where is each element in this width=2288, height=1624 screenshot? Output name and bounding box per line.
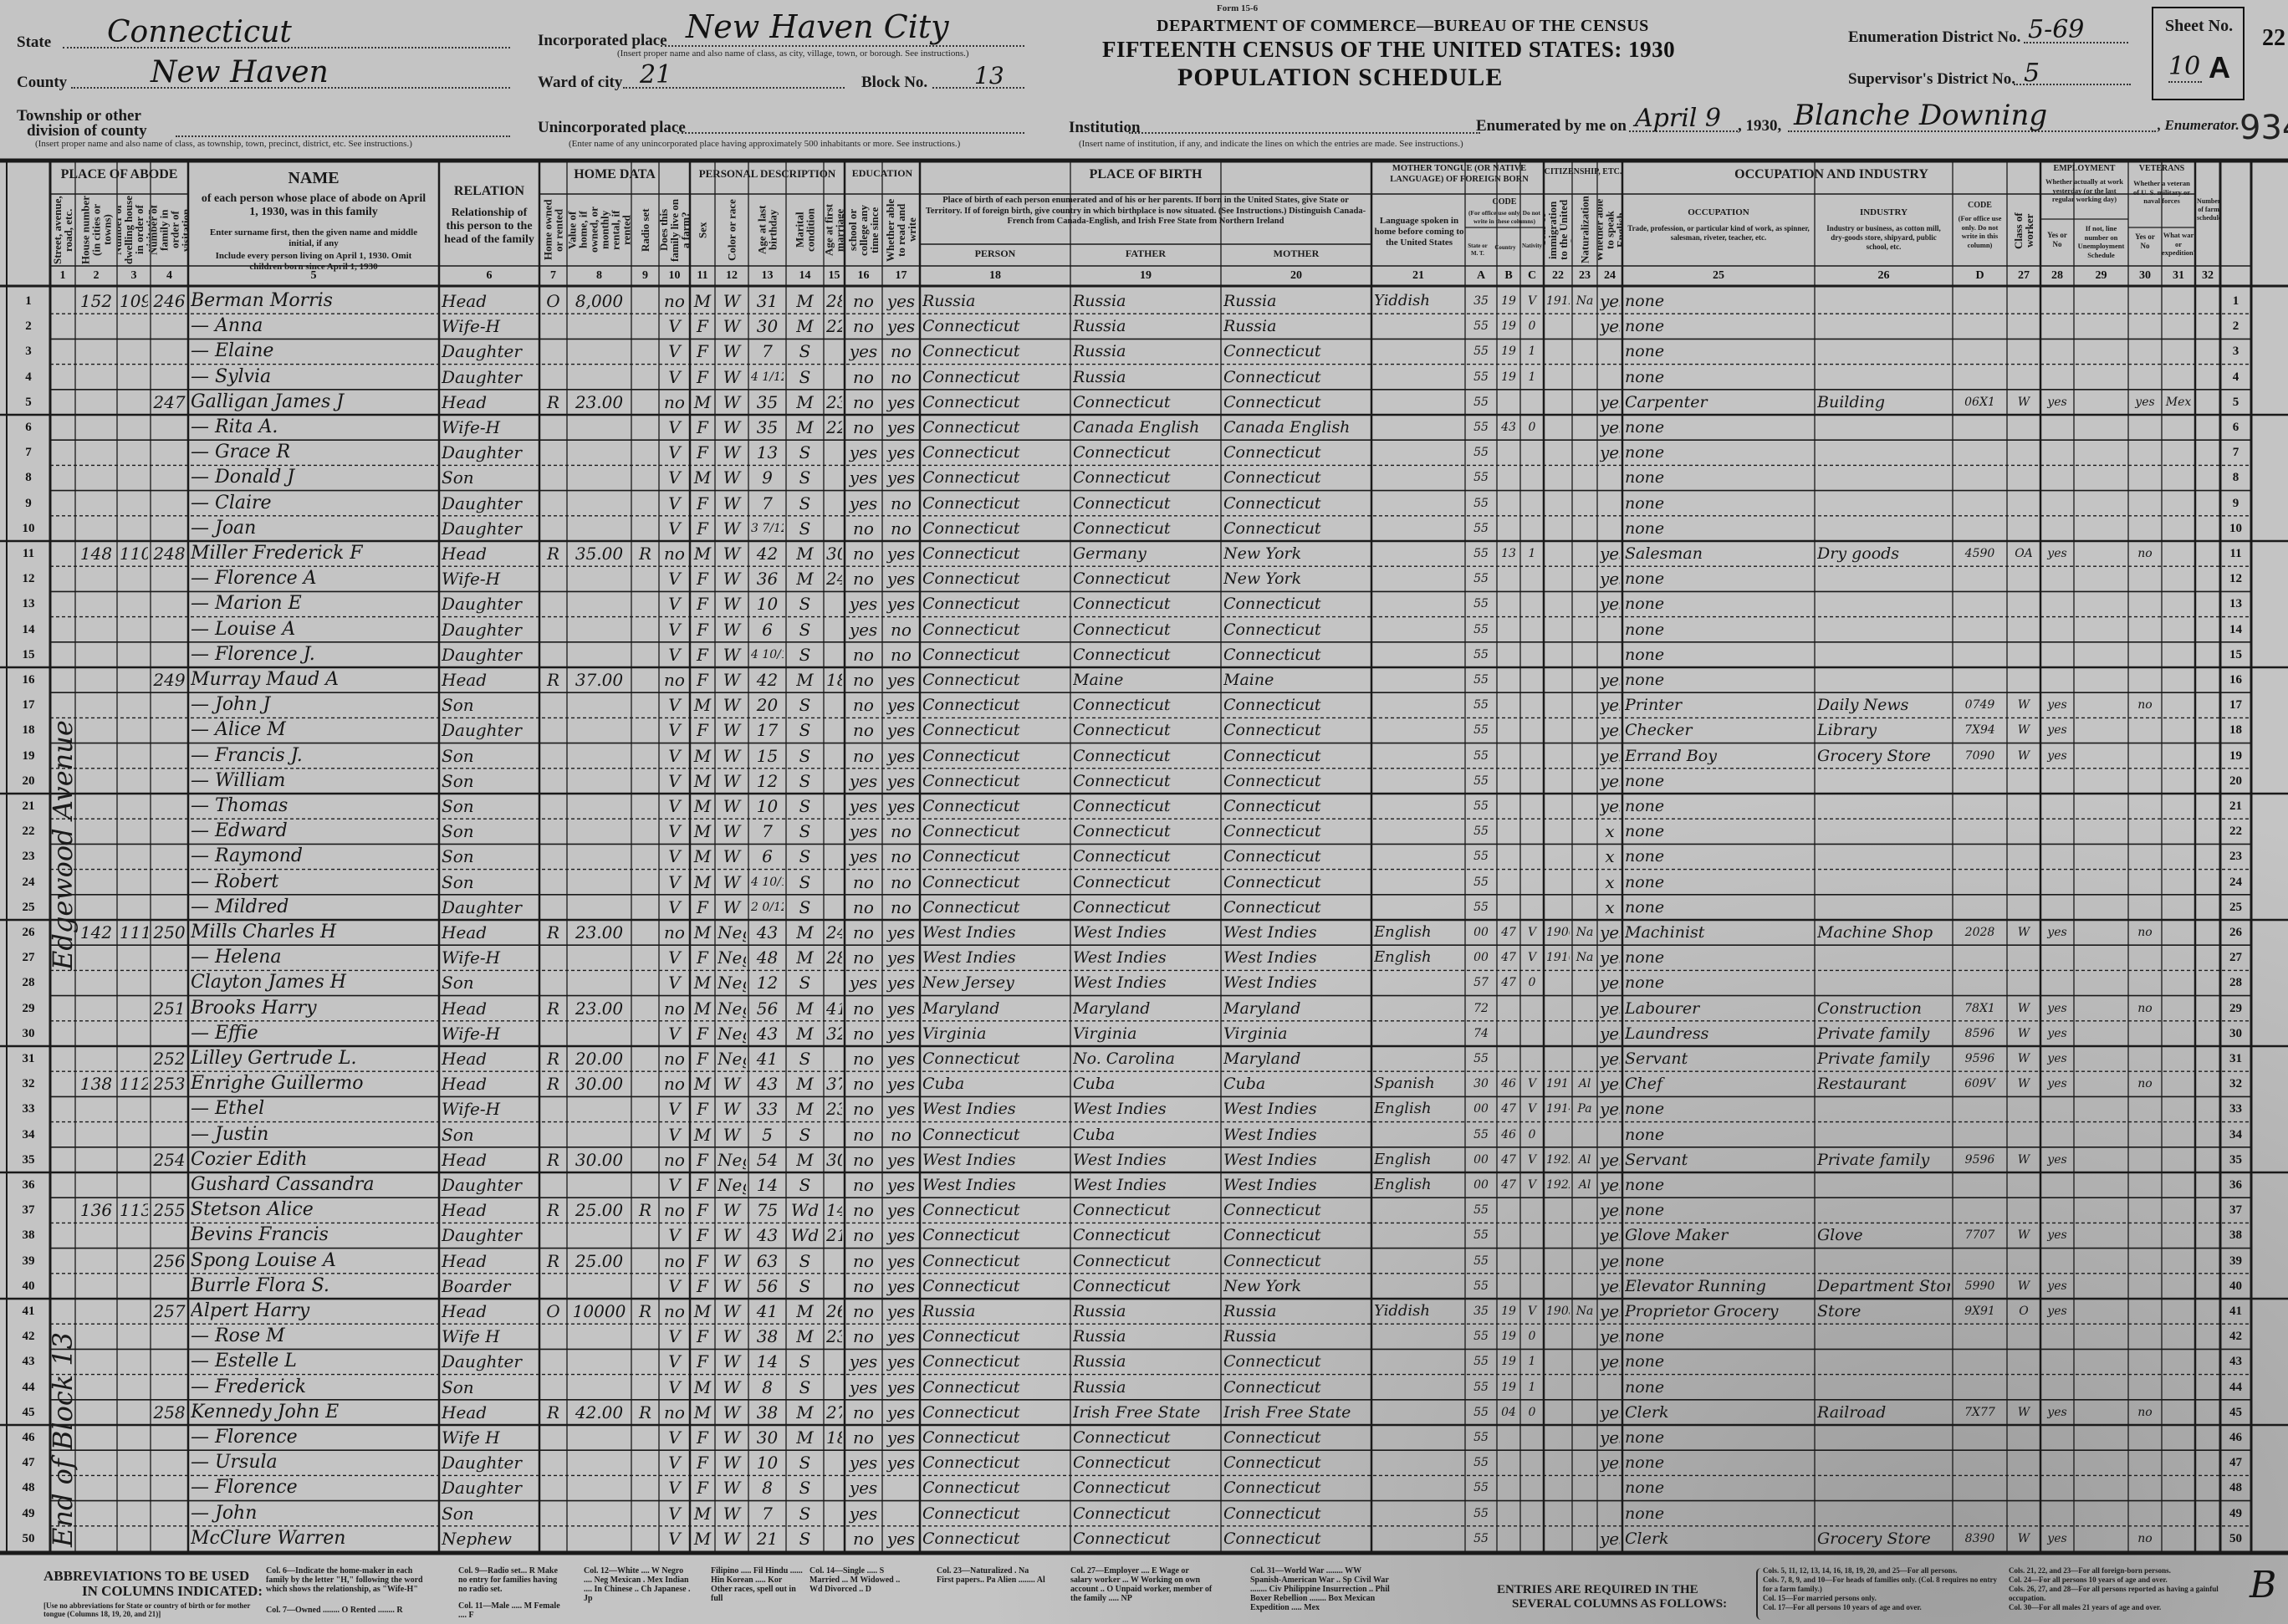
cell-vet[interactable] (2131, 794, 2159, 819)
cell-sex[interactable]: M (692, 819, 712, 844)
cell-a[interactable]: 55 (1468, 819, 1494, 844)
cell-vet[interactable] (2131, 970, 2159, 995)
cell-occ[interactable]: none (1625, 794, 1812, 819)
cell-sex[interactable]: F (692, 718, 712, 743)
cell-nat[interactable] (1575, 970, 1595, 995)
cell-name[interactable]: Berman Morris (191, 289, 437, 314)
cell-b[interactable]: 04 (1499, 1400, 1518, 1425)
cell-value[interactable] (569, 440, 629, 465)
cell-pob-m[interactable]: Irish Free State (1223, 1400, 1369, 1425)
cell-owned[interactable]: O (542, 1299, 564, 1324)
cell-imm[interactable] (1546, 970, 1570, 995)
cell-b[interactable] (1499, 642, 1518, 667)
cell-radio[interactable] (634, 390, 656, 415)
cell-ind[interactable] (1817, 870, 1950, 895)
cell-cls[interactable] (2010, 339, 2038, 364)
cell-vet[interactable] (2131, 642, 2159, 667)
cell-race[interactable]: W (718, 769, 746, 794)
cell-war[interactable] (2164, 1526, 2193, 1551)
cell-cls[interactable]: W (2010, 1274, 2038, 1299)
cell-tongue[interactable] (1374, 1501, 1463, 1526)
cell-race[interactable]: W (718, 617, 746, 642)
cell-c[interactable] (1523, 1274, 1541, 1299)
cell-occ[interactable]: none (1625, 769, 1812, 794)
cell-dwelling[interactable] (120, 1501, 148, 1526)
cell-pob-m[interactable]: Virginia (1223, 1021, 1369, 1046)
cell-pob[interactable]: Connecticut (922, 415, 1068, 440)
cell-race[interactable]: W (718, 844, 746, 869)
cell-vet[interactable] (2131, 769, 2159, 794)
cell-vet[interactable] (2131, 895, 2159, 920)
cell-race[interactable]: W (718, 1274, 746, 1299)
cell-pob[interactable]: Connecticut (922, 314, 1068, 339)
cell-school[interactable]: no (847, 415, 880, 440)
cell-school[interactable]: no (847, 566, 880, 591)
cell-eng[interactable]: x (1600, 844, 1620, 869)
cell-family[interactable] (153, 516, 186, 541)
cell-code[interactable] (1955, 314, 2005, 339)
cell-read[interactable]: yes (885, 692, 917, 718)
cell-marital[interactable]: S (789, 591, 821, 616)
cell-unemp[interactable] (2076, 365, 2126, 390)
cell-b[interactable] (1499, 1501, 1518, 1526)
cell-house[interactable] (78, 1299, 115, 1324)
cell-occ[interactable]: Labourer (1625, 996, 1812, 1021)
cell-a[interactable]: 55 (1468, 794, 1494, 819)
cell-eng[interactable]: yes (1600, 1172, 1620, 1198)
cell-unemp[interactable] (2076, 718, 2126, 743)
cell-pob-f[interactable]: Russia (1073, 314, 1218, 339)
cell-sex[interactable]: F (692, 1172, 712, 1198)
cell-war[interactable] (2164, 769, 2193, 794)
cell-farm[interactable]: no (661, 1147, 687, 1172)
cell-farm[interactable]: no (661, 1400, 687, 1425)
cell-work[interactable] (2043, 566, 2071, 591)
cell-c[interactable] (1523, 1046, 1541, 1071)
cell-b[interactable] (1499, 1274, 1518, 1299)
cell-occ[interactable]: none (1625, 1096, 1812, 1121)
cell-school[interactable]: no (847, 1046, 880, 1071)
cell-sex[interactable]: M (692, 692, 712, 718)
cell-nat[interactable] (1575, 769, 1595, 794)
cell-pob-f[interactable]: Russia (1073, 339, 1218, 364)
cell-family[interactable] (153, 1526, 186, 1551)
cell-farm[interactable]: V (661, 844, 687, 869)
cell-school[interactable]: no (847, 870, 880, 895)
cell-school[interactable]: no (847, 1122, 880, 1147)
cell-family[interactable] (153, 617, 186, 642)
cell-ind[interactable] (1817, 1349, 1950, 1374)
cell-imm[interactable]: 1905 (1546, 1299, 1570, 1324)
cell-farm[interactable]: no (661, 1249, 687, 1274)
cell-c[interactable]: 1 (1523, 365, 1541, 390)
cell-b[interactable] (1499, 743, 1518, 769)
cell-name[interactable]: — Rose M (191, 1324, 437, 1349)
cell-value[interactable]: 37.00 (569, 667, 629, 692)
cell-a[interactable]: 55 (1468, 743, 1494, 769)
cell-marital[interactable]: S (789, 1375, 821, 1400)
cell-name[interactable]: Clayton James H (191, 970, 437, 995)
cell-farm[interactable]: V (661, 491, 687, 516)
cell-sex[interactable]: M (692, 465, 712, 490)
cell-nat[interactable] (1575, 1249, 1595, 1274)
cell-b[interactable] (1499, 996, 1518, 1021)
cell-vet[interactable] (2131, 1223, 2159, 1248)
cell-pob[interactable]: Connecticut (922, 1450, 1068, 1475)
cell-eng[interactable]: yes (1600, 1096, 1620, 1121)
cell-house[interactable] (78, 1122, 115, 1147)
cell-a[interactable]: 55 (1468, 566, 1494, 591)
cell-eng[interactable] (1600, 1501, 1620, 1526)
cell-school[interactable]: yes (847, 440, 880, 465)
cell-pob[interactable]: Russia (922, 1299, 1068, 1324)
cell-ind[interactable] (1817, 1425, 1950, 1450)
cell-unemp[interactable] (2076, 1400, 2126, 1425)
cell-marital[interactable]: M (789, 1021, 821, 1046)
cell-imm[interactable] (1546, 541, 1570, 566)
cell-cls[interactable]: W (2010, 1021, 2038, 1046)
cell-ind[interactable] (1817, 289, 1950, 314)
cell-family[interactable] (153, 1475, 186, 1500)
cell-a[interactable]: 55 (1468, 1046, 1494, 1071)
cell-read[interactable]: yes (885, 1274, 917, 1299)
cell-read[interactable]: yes (885, 1400, 917, 1425)
cell-radio[interactable] (634, 1274, 656, 1299)
cell-school[interactable]: yes (847, 794, 880, 819)
cell-occ[interactable]: none (1625, 339, 1812, 364)
cell-cls[interactable] (2010, 667, 2038, 692)
cell-pob-m[interactable]: Maine (1223, 667, 1369, 692)
cell-value[interactable] (569, 1425, 629, 1450)
cell-pob-f[interactable]: Connecticut (1073, 1223, 1218, 1248)
cell-tongue[interactable] (1374, 1198, 1463, 1223)
cell-code[interactable]: 5990 (1955, 1274, 2005, 1299)
cell-farm[interactable]: V (661, 1375, 687, 1400)
cell-owned[interactable] (542, 314, 564, 339)
cell-dwelling[interactable] (120, 1122, 148, 1147)
cell-farm[interactable]: V (661, 591, 687, 616)
cell-eng[interactable]: yes (1600, 692, 1620, 718)
cell-tongue[interactable] (1374, 1122, 1463, 1147)
cell-c[interactable] (1523, 591, 1541, 616)
cell-war[interactable] (2164, 718, 2193, 743)
cell-value[interactable] (569, 1324, 629, 1349)
cell-a[interactable]: 00 (1468, 1096, 1494, 1121)
cell-occ[interactable]: none (1625, 1249, 1812, 1274)
cell-nat[interactable] (1575, 1501, 1595, 1526)
cell-eng[interactable]: yes (1600, 314, 1620, 339)
cell-war[interactable] (2164, 1249, 2193, 1274)
cell-b[interactable]: 19 (1499, 289, 1518, 314)
cell-war[interactable] (2164, 920, 2193, 945)
cell-imm[interactable] (1546, 1249, 1570, 1274)
cell-unemp[interactable] (2076, 591, 2126, 616)
cell-value[interactable] (569, 769, 629, 794)
cell-marital[interactable]: S (789, 1501, 821, 1526)
cell-cls[interactable] (2010, 365, 2038, 390)
cell-cls[interactable]: W (2010, 1071, 2038, 1096)
cell-c[interactable] (1523, 819, 1541, 844)
cell-imm[interactable] (1546, 314, 1570, 339)
cell-relation[interactable]: Daughter (442, 491, 537, 516)
cell-radio[interactable]: R (634, 541, 656, 566)
cell-radio[interactable] (634, 566, 656, 591)
cell-b[interactable] (1499, 1526, 1518, 1551)
cell-family[interactable] (153, 1349, 186, 1374)
cell-c[interactable] (1523, 1501, 1541, 1526)
cell-owned[interactable] (542, 1526, 564, 1551)
cell-pob-m[interactable]: Connecticut (1223, 794, 1369, 819)
cell-pob-f[interactable]: Cuba (1073, 1122, 1218, 1147)
cell-a[interactable]: 55 (1468, 1400, 1494, 1425)
cell-b[interactable] (1499, 667, 1518, 692)
cell-nat[interactable] (1575, 844, 1595, 869)
cell-pob[interactable]: Connecticut (922, 743, 1068, 769)
cell-nat[interactable] (1575, 465, 1595, 490)
cell-pob-m[interactable]: Connecticut (1223, 1349, 1369, 1374)
cell-pob-f[interactable]: Cuba (1073, 1071, 1218, 1096)
cell-age[interactable]: 31 (751, 289, 784, 314)
cell-sex[interactable]: F (692, 1249, 712, 1274)
cell-pob[interactable]: Connecticut (922, 1198, 1068, 1223)
cell-sex[interactable]: F (692, 591, 712, 616)
cell-value[interactable] (569, 1450, 629, 1475)
cell-age-marr[interactable] (826, 794, 842, 819)
cell-pob[interactable]: Connecticut (922, 591, 1068, 616)
cell-marital[interactable]: M (789, 314, 821, 339)
cell-tongue[interactable] (1374, 1223, 1463, 1248)
cell-marital[interactable]: M (789, 1299, 821, 1324)
cell-work[interactable] (2043, 895, 2071, 920)
cell-unemp[interactable] (2076, 1071, 2126, 1096)
cell-value[interactable] (569, 591, 629, 616)
cell-pob[interactable]: Maryland (922, 996, 1068, 1021)
cell-occ[interactable]: none (1625, 642, 1812, 667)
cell-sex[interactable]: F (692, 1349, 712, 1374)
cell-vet[interactable] (2131, 1324, 2159, 1349)
cell-c[interactable] (1523, 844, 1541, 869)
cell-code[interactable] (1955, 794, 2005, 819)
cell-age[interactable]: 20 (751, 692, 784, 718)
cell-tongue[interactable] (1374, 870, 1463, 895)
cell-cls[interactable] (2010, 970, 2038, 995)
cell-family[interactable]: 257 (153, 1299, 186, 1324)
cell-a[interactable]: 55 (1468, 1450, 1494, 1475)
cell-race[interactable]: W (718, 794, 746, 819)
cell-war[interactable] (2164, 895, 2193, 920)
cell-school[interactable]: yes (847, 1450, 880, 1475)
cell-code[interactable] (1955, 1249, 2005, 1274)
cell-eng[interactable]: yes (1600, 1450, 1620, 1475)
cell-age-marr[interactable] (826, 1274, 842, 1299)
cell-school[interactable]: no (847, 1198, 880, 1223)
cell-b[interactable]: 19 (1499, 1324, 1518, 1349)
cell-radio[interactable] (634, 365, 656, 390)
cell-age[interactable]: 7 (751, 1501, 784, 1526)
cell-b[interactable] (1499, 844, 1518, 869)
cell-unemp[interactable] (2076, 1147, 2126, 1172)
cell-a[interactable]: 55 (1468, 465, 1494, 490)
cell-imm[interactable] (1546, 718, 1570, 743)
cell-code[interactable] (1955, 970, 2005, 995)
cell-b[interactable] (1499, 1223, 1518, 1248)
cell-age[interactable]: 3 7/12 (751, 516, 784, 541)
cell-family[interactable]: 250 (153, 920, 186, 945)
cell-a[interactable]: 55 (1468, 844, 1494, 869)
cell-owned[interactable]: R (542, 390, 564, 415)
cell-name[interactable]: Galligan James J (191, 390, 437, 415)
cell-b[interactable] (1499, 516, 1518, 541)
cell-eng[interactable] (1600, 1375, 1620, 1400)
cell-family[interactable] (153, 970, 186, 995)
cell-pob-f[interactable]: Connecticut (1073, 591, 1218, 616)
cell-pob-m[interactable]: Connecticut (1223, 1198, 1369, 1223)
cell-unemp[interactable] (2076, 339, 2126, 364)
cell-occ[interactable]: none (1625, 314, 1812, 339)
cell-pob-f[interactable]: Virginia (1073, 1021, 1218, 1046)
cell-school[interactable]: yes (847, 1375, 880, 1400)
cell-a[interactable]: 55 (1468, 1425, 1494, 1450)
cell-relation[interactable]: Nephew (442, 1526, 537, 1551)
cell-eng[interactable]: yes (1600, 415, 1620, 440)
cell-eng[interactable]: yes (1600, 1147, 1620, 1172)
cell-cls[interactable] (2010, 491, 2038, 516)
cell-family[interactable] (153, 794, 186, 819)
cell-pob[interactable]: Connecticut (922, 1324, 1068, 1349)
cell-tongue[interactable]: English (1374, 1172, 1463, 1198)
cell-occ[interactable]: Glove Maker (1625, 1223, 1812, 1248)
cell-race[interactable]: W (718, 692, 746, 718)
cell-work[interactable] (2043, 667, 2071, 692)
cell-name[interactable]: — Donald J (191, 465, 437, 490)
cell-eng[interactable]: yes (1600, 541, 1620, 566)
cell-cls[interactable] (2010, 566, 2038, 591)
cell-owned[interactable] (542, 566, 564, 591)
cell-name[interactable]: — Frederick (191, 1375, 437, 1400)
cell-pob-f[interactable]: Russia (1073, 289, 1218, 314)
cell-dwelling[interactable] (120, 1147, 148, 1172)
cell-read[interactable]: yes (885, 1172, 917, 1198)
cell-radio[interactable] (634, 415, 656, 440)
cell-age[interactable]: 63 (751, 1249, 784, 1274)
cell-sex[interactable]: F (692, 1450, 712, 1475)
cell-race[interactable]: W (718, 541, 746, 566)
cell-eng[interactable]: yes (1600, 1046, 1620, 1071)
cell-vet[interactable] (2131, 1021, 2159, 1046)
cell-house[interactable] (78, 794, 115, 819)
cell-marital[interactable]: M (789, 667, 821, 692)
cell-nat[interactable] (1575, 1122, 1595, 1147)
cell-pob[interactable]: Connecticut (922, 794, 1068, 819)
cell-nat[interactable] (1575, 314, 1595, 339)
cell-dwelling[interactable] (120, 440, 148, 465)
cell-age-marr[interactable] (826, 1249, 842, 1274)
cell-sex[interactable]: M (692, 289, 712, 314)
cell-work[interactable]: yes (2043, 1147, 2071, 1172)
cell-a[interactable]: 55 (1468, 365, 1494, 390)
cell-pob-f[interactable]: Connecticut (1073, 491, 1218, 516)
cell-b[interactable]: 47 (1499, 1096, 1518, 1121)
cell-vet[interactable]: no (2131, 1400, 2159, 1425)
cell-house[interactable] (78, 1526, 115, 1551)
cell-school[interactable]: yes (847, 769, 880, 794)
cell-school[interactable]: yes (847, 1475, 880, 1500)
cell-sex[interactable]: F (692, 617, 712, 642)
cell-a[interactable]: 55 (1468, 895, 1494, 920)
cell-vet[interactable] (2131, 440, 2159, 465)
cell-read[interactable]: no (885, 365, 917, 390)
cell-occ[interactable]: none (1625, 465, 1812, 490)
cell-a[interactable]: 55 (1468, 769, 1494, 794)
cell-code[interactable] (1955, 591, 2005, 616)
cell-code[interactable]: 0749 (1955, 692, 2005, 718)
cell-eng[interactable]: yes (1600, 1349, 1620, 1374)
cell-war[interactable] (2164, 516, 2193, 541)
cell-house[interactable] (78, 1400, 115, 1425)
cell-a[interactable]: 57 (1468, 970, 1494, 995)
cell-relation[interactable]: Head (442, 920, 537, 945)
cell-work[interactable] (2043, 1172, 2071, 1198)
cell-radio[interactable] (634, 970, 656, 995)
cell-work[interactable] (2043, 516, 2071, 541)
cell-eng[interactable]: yes (1600, 591, 1620, 616)
cell-name[interactable]: Spong Louise A (191, 1249, 437, 1274)
cell-work[interactable] (2043, 1475, 2071, 1500)
cell-nat[interactable]: Pa (1575, 1096, 1595, 1121)
cell-sex[interactable]: M (692, 1071, 712, 1096)
cell-pob-m[interactable]: Connecticut (1223, 718, 1369, 743)
cell-c[interactable]: 1 (1523, 1375, 1541, 1400)
cell-age-marr[interactable] (826, 1501, 842, 1526)
cell-radio[interactable] (634, 1172, 656, 1198)
cell-dwelling[interactable] (120, 415, 148, 440)
enumerator-name[interactable]: Blanche Downing (1794, 99, 2047, 132)
cell-age[interactable]: 42 (751, 541, 784, 566)
cell-work[interactable] (2043, 1349, 2071, 1374)
cell-work[interactable]: yes (2043, 1046, 2071, 1071)
cell-code[interactable] (1955, 1475, 2005, 1500)
cell-b[interactable] (1499, 1475, 1518, 1500)
cell-imm[interactable] (1546, 1450, 1570, 1475)
cell-house[interactable] (78, 1349, 115, 1374)
cell-occ[interactable]: none (1625, 491, 1812, 516)
cell-age-marr[interactable] (826, 769, 842, 794)
cell-a[interactable]: 55 (1468, 1324, 1494, 1349)
cell-a[interactable]: 55 (1468, 1198, 1494, 1223)
cell-pob-m[interactable]: Connecticut (1223, 440, 1369, 465)
cell-farm[interactable]: V (661, 365, 687, 390)
township-line[interactable] (176, 135, 510, 137)
cell-vet[interactable] (2131, 465, 2159, 490)
cell-family[interactable] (153, 591, 186, 616)
cell-family[interactable]: 249 (153, 667, 186, 692)
cell-owned[interactable] (542, 491, 564, 516)
cell-age[interactable]: 2 0/12 (751, 895, 784, 920)
cell-age[interactable]: 42 (751, 667, 784, 692)
cell-relation[interactable]: Daughter (442, 617, 537, 642)
cell-relation[interactable]: Head (442, 1400, 537, 1425)
cell-dwelling[interactable] (120, 667, 148, 692)
cell-c[interactable]: 0 (1523, 1122, 1541, 1147)
cell-a[interactable]: 00 (1468, 1172, 1494, 1198)
cell-age[interactable]: 6 (751, 617, 784, 642)
cell-owned[interactable]: R (542, 1071, 564, 1096)
cell-occ[interactable]: none (1625, 1425, 1812, 1450)
cell-vet[interactable] (2131, 945, 2159, 970)
cell-eng[interactable]: yes (1600, 1324, 1620, 1349)
cell-dwelling[interactable] (120, 1096, 148, 1121)
cell-pob[interactable]: Virginia (922, 1021, 1068, 1046)
